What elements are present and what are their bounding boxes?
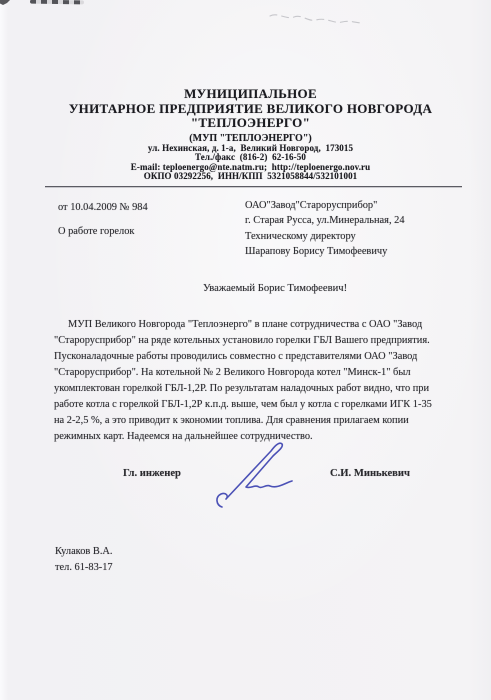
org-codes: ОКПО 03292256, ИНН/КПП 5321058844/532101… (10, 172, 491, 182)
body-line: укомплектован горелкой ГБЛ-1,2Р. По резу… (54, 381, 432, 397)
body-line: "Старорусприбор" на ряде котельных устан… (54, 333, 432, 349)
body-line: работе котла с горелкой ГБЛ-1,2Р к.п.д. … (54, 397, 432, 413)
body-line: на 2-2,5 %, а это приводит к экономии то… (54, 413, 432, 429)
recipient-person: Шарапову Борису Тимофеевичу (245, 244, 405, 259)
executor-phone: тел. 61-83-17 (55, 562, 113, 573)
org-short-name: (МУП "ТЕПЛОЭНЕРГО") (10, 133, 491, 144)
body-line: "Старорусприбор". На котельной № 2 Велик… (54, 365, 432, 381)
handwritten-signature (215, 438, 315, 518)
scan-artifact-pencil-squiggle (266, 10, 366, 30)
org-name-line1: МУНИЦИПАЛЬНОЕ (10, 87, 491, 102)
org-name-line2: УНИТАРНОЕ ПРЕДПРИЯТИЕ ВЕЛИКОГО НОВГОРОДА (10, 102, 491, 117)
recipient-position: Техническому директору (245, 229, 405, 244)
org-name-line3: "ТЕПЛОЭНЕРГО" (10, 116, 491, 131)
letter-subject: О работе горелок (58, 226, 134, 237)
letterhead-divider (45, 186, 462, 187)
scanned-letter-page: МУНИЦИПАЛЬНОЕ УНИТАРНОЕ ПРЕДПРИЯТИЕ ВЕЛИ… (0, 0, 491, 700)
letter-date-number: от 10.04.2009 № 984 (58, 202, 148, 213)
letter-body: МУП Великого Новгорода "Теплоэнерго" в п… (54, 317, 432, 445)
recipient-address: г. Старая Русса, ул.Минеральная, 24 (245, 213, 405, 228)
salutation: Уважаемый Борис Тимофеевич! (203, 283, 347, 294)
scan-artifact-smudge (30, 0, 84, 4)
scan-artifact-corner (0, 0, 10, 5)
letterhead: МУНИЦИПАЛЬНОЕ УНИТАРНОЕ ПРЕДПРИЯТИЕ ВЕЛИ… (0, 87, 491, 182)
recipient-block: ОАО"Завод"Старорусприбор" г. Старая Русс… (245, 198, 405, 260)
body-line: Пусконаладочные работы проводились совме… (54, 349, 432, 365)
body-line: МУП Великого Новгорода "Теплоэнерго" в п… (54, 317, 432, 333)
executor-name: Кулаков В.А. (55, 546, 113, 557)
signoff-name: С.И. Минькевич (330, 468, 410, 479)
recipient-org: ОАО"Завод"Старорусприбор" (245, 198, 405, 213)
signoff-title: Гл. инженер (123, 468, 181, 479)
